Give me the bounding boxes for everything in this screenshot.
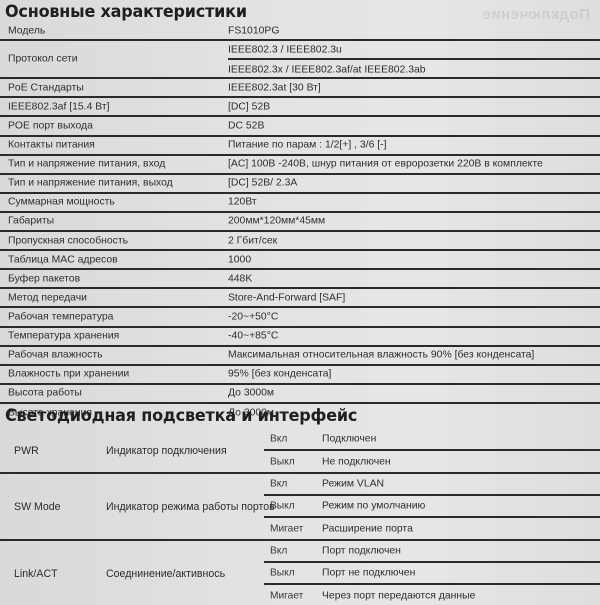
spec-sheet-page: Подключение Основные характеристики Моде… — [0, 0, 600, 605]
led-state-row: ВклПодключен — [264, 429, 600, 451]
led-group: SW ModeИндикатор режима работы портовВкл… — [0, 474, 600, 541]
spec-value: IEEE802.3x / IEEE802.3af/at IEEE802.3ab — [228, 64, 426, 75]
led-state-meaning: Режим по умолчанию — [322, 500, 425, 511]
spec-label: Влажность при хранении — [8, 369, 129, 380]
spec-value-cell: IEEE802.3 / IEEE802.3u — [228, 41, 600, 60]
spec-label: Суммарная мощность — [8, 197, 115, 208]
spec-value: 95% [без конденсата] — [228, 369, 331, 380]
spec-label: Контакты питания — [8, 140, 95, 151]
led-state-row: ВыклРежим по умолчанию — [264, 496, 600, 518]
led-heading: Светодиодная подсветка и интерфейс — [5, 406, 357, 425]
spec-value: [DC] 52В/ 2.3А — [228, 178, 297, 189]
spec-value-cell: IEEE802.3x / IEEE802.3af/at IEEE802.3ab — [228, 60, 600, 79]
spec-label: Тип и напряжение питания, выход — [8, 178, 173, 189]
spec-label: POE порт выхода — [8, 121, 93, 132]
led-state: Выкл — [270, 567, 295, 578]
spec-value: До 3000м — [228, 388, 274, 399]
led-state: Выкл — [270, 456, 295, 467]
led-state-meaning: Не подключен — [322, 456, 391, 467]
spec-value: 200мм*120мм*45мм — [228, 216, 325, 227]
spec-row: Рабочая температура-20~+50°C — [0, 308, 600, 327]
led-name: SW Mode — [14, 501, 61, 513]
spec-row: Пропускная способность2 Гбит/сек — [0, 232, 600, 251]
spec-row: Тип и напряжение питания, выход[DC] 52В/… — [0, 175, 600, 194]
led-name: PWR — [14, 445, 39, 457]
spec-value: [AC] 100В -240В, шнур питания от евророз… — [228, 159, 543, 170]
spec-value: Максимальная относительная влажность 90%… — [228, 350, 534, 361]
spec-row: Высота работыДо 3000м — [0, 385, 600, 404]
led-states: ВклПорт подключенВыклПорт не подключенМи… — [264, 541, 600, 605]
spec-label: Высота работы — [8, 388, 82, 399]
spec-row: Контакты питанияПитание по парам : 1/2[+… — [0, 137, 600, 156]
spec-row: IEEE802.3af [15.4 Вт][DC] 52В — [0, 98, 600, 117]
led-state-row: ВыклПорт не подключен — [264, 563, 600, 585]
spec-value: [DC] 52В — [228, 101, 270, 112]
led-state-row: ВклПорт подключен — [264, 541, 600, 563]
spec-row: PoE СтандартыIEEE802.3at [30 Вт] — [0, 79, 600, 98]
led-state: Мигает — [270, 590, 303, 601]
spec-value: 2 Гбит/сек — [228, 235, 277, 246]
led-name: Link/ACT — [14, 568, 58, 580]
led-state-meaning: Через порт передаются данные — [322, 590, 475, 601]
led-group: PWRИндикатор подключенияВклПодключенВыкл… — [0, 429, 600, 474]
spec-row: POE порт выходаDC 52В — [0, 117, 600, 136]
spec-label: Протокол сети — [8, 54, 78, 65]
led-description: Индикатор подключения — [106, 445, 227, 457]
spec-value: -20~+50°C — [228, 311, 278, 322]
led-state-meaning: Режим VLAN — [322, 479, 384, 490]
led-state: Выкл — [270, 500, 295, 511]
spec-row: МодельFS1010PG — [0, 22, 600, 41]
led-state-meaning: Подключен — [322, 433, 376, 444]
led-state-meaning: Порт не подключен — [322, 567, 415, 578]
led-state-row: ВклРежим VLAN — [264, 474, 600, 496]
bleed-through-text: Подключение — [482, 6, 590, 23]
led-group: Link/ACTСоеднинение/активносьВклПорт под… — [0, 541, 600, 605]
spec-value: Питание по парам : 1/2[+] , 3/6 [-] — [228, 140, 386, 151]
spec-value: DC 52В — [228, 121, 264, 132]
led-states: ВклРежим VLANВыклРежим по умолчаниюМигае… — [264, 474, 600, 539]
spec-value: Store-And-Forward [SAF] — [228, 292, 345, 303]
spec-row: Габариты200мм*120мм*45мм — [0, 213, 600, 232]
spec-row: Тип и напряжение питания, вход[AC] 100В … — [0, 156, 600, 175]
spec-label: Метод передачи — [8, 292, 87, 303]
led-state: Вкл — [270, 546, 287, 557]
spec-row: Метод передачиStore-And-Forward [SAF] — [0, 289, 600, 308]
spec-label: Габариты — [8, 216, 54, 227]
spec-label: Буфер пакетов — [8, 273, 80, 284]
spec-label: IEEE802.3af [15.4 Вт] — [8, 101, 109, 112]
spec-value: 448K — [228, 273, 252, 284]
spec-label: Пропускная способность — [8, 235, 128, 246]
spec-row: Суммарная мощность120Вт — [0, 194, 600, 213]
spec-label: Температура хранения — [8, 331, 119, 342]
spec-row: Таблица MAC адресов1000 — [0, 251, 600, 270]
led-state: Вкл — [270, 433, 287, 444]
spec-row: Влажность при хранении 95% [без конденса… — [0, 366, 600, 385]
spec-value: -40~+85°C — [228, 331, 278, 342]
led-state: Мигает — [270, 523, 303, 534]
led-table: PWRИндикатор подключенияВклПодключенВыкл… — [0, 429, 600, 605]
spec-label: Рабочая температура — [8, 311, 113, 322]
spec-value: 1000 — [228, 254, 251, 265]
led-description: Индикатор режима работы портов — [106, 501, 275, 513]
spec-value: FS1010PG — [228, 25, 279, 36]
spec-row: Протокол сетиIEEE802.3 / IEEE802.3uIEEE8… — [0, 41, 600, 79]
led-description: Соеднинение/активнось — [106, 568, 225, 580]
spec-label: Таблица MAC адресов — [8, 254, 118, 265]
led-state: Вкл — [270, 479, 287, 490]
spec-row: Рабочая влажностьМаксимальная относитель… — [0, 347, 600, 366]
led-state-meaning: Расширение порта — [322, 523, 413, 534]
specs-table: МодельFS1010PGПротокол сетиIEEE802.3 / I… — [0, 22, 600, 423]
spec-row: Температура хранения-40~+85°C — [0, 328, 600, 347]
spec-value: IEEE802.3at [30 Вт] — [228, 82, 321, 93]
led-state-row: МигаетЧерез порт передаются данные — [264, 585, 600, 605]
spec-value: IEEE802.3 / IEEE802.3u — [228, 44, 342, 55]
specs-heading: Основные характеристики — [5, 2, 247, 21]
spec-row: Буфер пакетов448K — [0, 270, 600, 289]
spec-value: 120Вт — [228, 197, 257, 208]
led-state-row: МигаетРасширение порта — [264, 518, 600, 540]
spec-label: Рабочая влажность — [8, 350, 103, 361]
spec-label: Тип и напряжение питания, вход — [8, 159, 165, 170]
spec-label: PoE Стандарты — [8, 82, 84, 93]
led-state-meaning: Порт подключен — [322, 546, 401, 557]
spec-label: Модель — [8, 25, 45, 36]
led-states: ВклПодключенВыклНе подключен — [264, 429, 600, 472]
led-state-row: ВыклНе подключен — [264, 451, 600, 473]
